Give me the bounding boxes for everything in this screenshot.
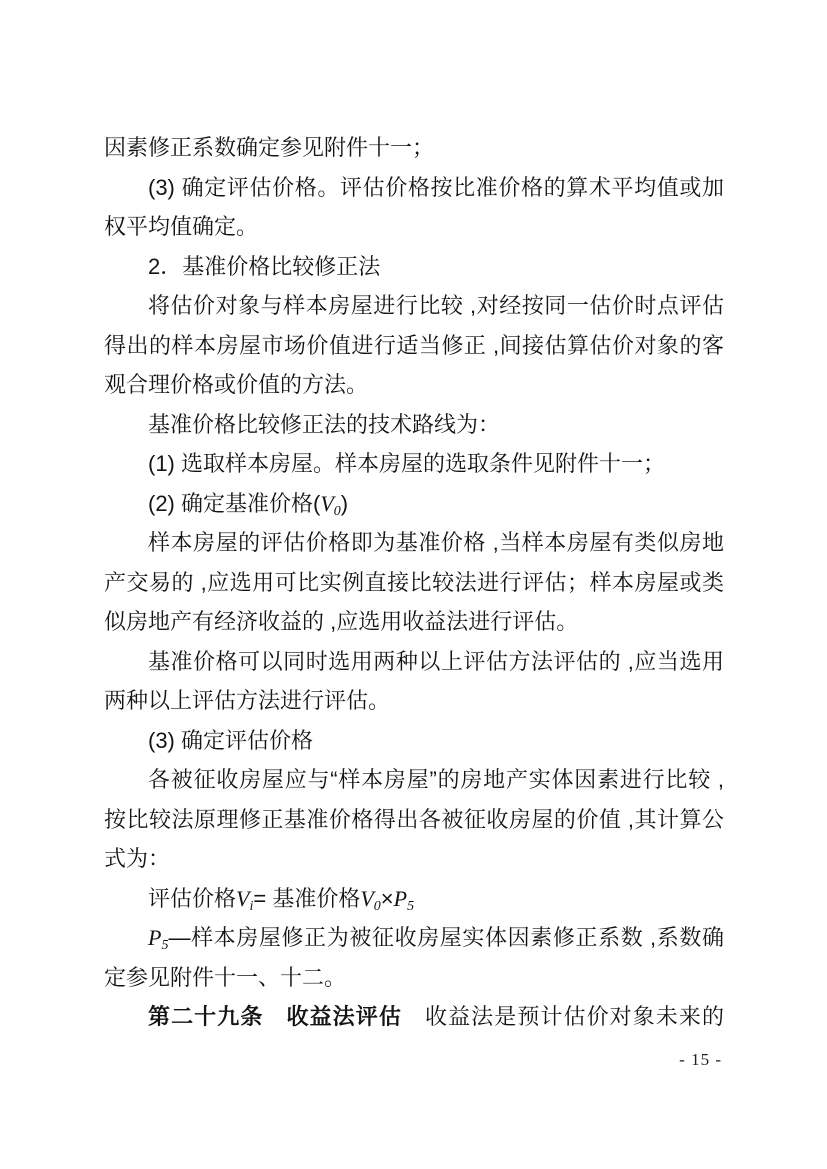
text-segment: 得出的样本房屋市场价值进行适当修正 ,间接估算估价对象的客 xyxy=(104,333,724,358)
text-line: (3) 确定评估价格 xyxy=(104,721,724,761)
text-line: 式为： xyxy=(104,839,724,879)
text-segment: 观合理价格或价值的方法。 xyxy=(104,372,368,397)
page-number: - 15 - xyxy=(104,1050,722,1070)
text-segment: × xyxy=(381,886,394,911)
text-segment: (3) 确定评估价格。评估价格按比准价格的算术平均值或加 xyxy=(148,175,724,200)
text-segment: 基准价格可以同时选用两种以上评估方法评估的 ,应当选用 xyxy=(148,649,724,674)
text-segment-var: V xyxy=(360,886,373,911)
text-line: 两种以上评估方法进行评估。 xyxy=(104,681,724,721)
document-body: 因素修正系数确定参见附件十一；(3) 确定评估价格。评估价格按比准价格的算术平均… xyxy=(104,128,724,1037)
text-line: 第二十九条 收益法评估 收益法是预计估价对象未来的 xyxy=(104,997,724,1037)
text-line: 按比较法原理修正基准价格得出各被征收房屋的价值 ,其计算公 xyxy=(104,800,724,840)
text-line: 产交易的 ,应选用可比实例直接比较法进行评估；样本房屋或类 xyxy=(104,563,724,603)
text-line: 基准价格比较修正法的技术路线为： xyxy=(104,405,724,445)
text-segment-var: P xyxy=(148,925,161,950)
text-segment: 2．基准价格比较修正法 xyxy=(148,254,380,279)
text-segment: 将估价对象与样本房屋进行比较 ,对经按同一估价时点评估 xyxy=(148,293,724,318)
text-line: 因素修正系数确定参见附件十一； xyxy=(104,128,724,168)
text-segment-bold: 第二十九条 收益法评估 xyxy=(148,1004,402,1029)
text-segment-sub: 0 xyxy=(334,504,341,519)
text-segment: 评估价格 xyxy=(148,886,236,911)
text-segment: (1) 选取样本房屋。样本房屋的选取条件见附件十一； xyxy=(148,451,665,476)
text-segment: 权平均值确定。 xyxy=(104,214,258,239)
text-line: 观合理价格或价值的方法。 xyxy=(104,365,724,405)
text-segment: (2) 确定基准价格( xyxy=(148,491,320,516)
text-segment: 基准价格比较修正法的技术路线为： xyxy=(148,412,500,437)
text-line: 定参见附件十一、十二。 xyxy=(104,958,724,998)
text-segment: 产交易的 ,应选用可比实例直接比较法进行评估；样本房屋或类 xyxy=(104,570,724,595)
text-segment: 定参见附件十一、十二。 xyxy=(104,965,346,990)
text-line: (1) 选取样本房屋。样本房屋的选取条件见附件十一； xyxy=(104,444,724,484)
text-segment: = 基准价格 xyxy=(253,886,360,911)
text-segment-var: V xyxy=(320,491,333,516)
text-line: 权平均值确定。 xyxy=(104,207,724,247)
text-line: 样本房屋的评估价格即为基准价格 ,当样本房屋有类似房地 xyxy=(104,523,724,563)
text-line: 2．基准价格比较修正法 xyxy=(104,247,724,287)
text-segment: 收益法是预计估价对象未来的 xyxy=(402,1004,724,1029)
text-segment-var: P xyxy=(394,886,407,911)
text-segment-var: V xyxy=(236,886,249,911)
text-segment: 两种以上评估方法进行评估。 xyxy=(104,688,390,713)
text-line: 各被征收房屋应与“样本房屋”的房地产实体因素进行比较 , xyxy=(104,760,724,800)
text-segment: 因素修正系数确定参见附件十一； xyxy=(104,135,434,160)
text-segment: —样本房屋修正为被征收房屋实体因素修正系数 ,系数确 xyxy=(168,925,724,950)
text-segment: (3) 确定评估价格 xyxy=(148,728,313,753)
document-page: 因素修正系数确定参见附件十一；(3) 确定评估价格。评估价格按比准价格的算术平均… xyxy=(0,0,827,1169)
text-line: (3) 确定评估价格。评估价格按比准价格的算术平均值或加 xyxy=(104,168,724,208)
text-segment: 按比较法原理修正基准价格得出各被征收房屋的价值 ,其计算公 xyxy=(104,807,724,832)
text-segment: 样本房屋的评估价格即为基准价格 ,当样本房屋有类似房地 xyxy=(148,530,724,555)
text-line: 将估价对象与样本房屋进行比较 ,对经按同一估价时点评估 xyxy=(104,286,724,326)
text-line: (2) 确定基准价格(V0) xyxy=(104,484,724,524)
text-line: 评估价格Vi= 基准价格V0×P5 xyxy=(104,879,724,919)
text-segment: ) xyxy=(341,491,348,516)
text-segment: 各被征收房屋应与“样本房屋”的房地产实体因素进行比较 , xyxy=(148,767,724,792)
text-line: 得出的样本房屋市场价值进行适当修正 ,间接估算估价对象的客 xyxy=(104,326,724,366)
text-segment-sub: 0 xyxy=(374,899,381,914)
text-line: 基准价格可以同时选用两种以上评估方法评估的 ,应当选用 xyxy=(104,642,724,682)
text-line: P5—样本房屋修正为被征收房屋实体因素修正系数 ,系数确 xyxy=(104,918,724,958)
text-segment: 式为： xyxy=(104,846,170,871)
text-line: 似房地产有经济收益的 ,应选用收益法进行评估。 xyxy=(104,602,724,642)
text-segment: 似房地产有经济收益的 ,应选用收益法进行评估。 xyxy=(104,609,578,634)
text-segment-sub: 5 xyxy=(407,899,414,914)
